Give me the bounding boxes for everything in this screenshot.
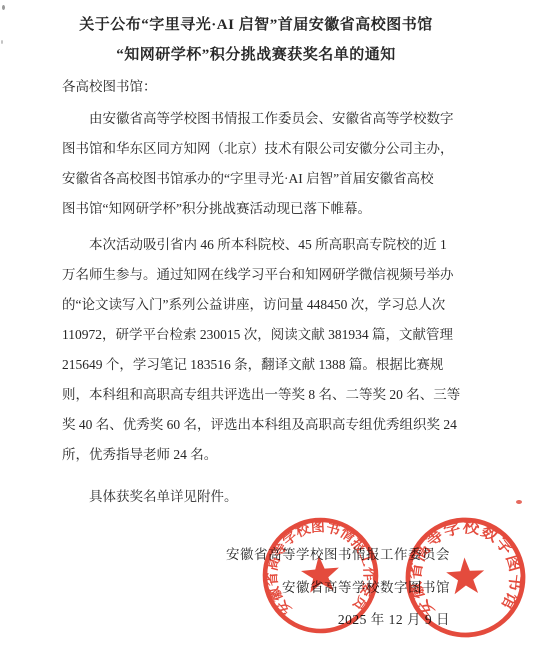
- body-line: 安徽省各高校图书馆承办的“字里寻光·AI 启智”首届安徽省高校: [62, 164, 454, 194]
- body-line: 本次活动吸引省内 46 所本科院校、45 所高职高专院校的近 1: [62, 230, 460, 260]
- paragraph-attachment-note: 具体获奖名单详见附件。: [62, 482, 238, 512]
- star-icon: [300, 554, 341, 593]
- scan-artifact: [2, 5, 5, 10]
- body-line: 具体获奖名单详见附件。: [62, 482, 238, 512]
- scan-artifact: [1, 40, 3, 44]
- title-line-1: 关于公布“字里寻光·AI 启智”首届安徽省高校图书馆: [62, 10, 450, 40]
- digital-library-official-seal: 安徽省高等学校数字图书馆: [401, 513, 530, 642]
- title-line-2: “知网研学杯”积分挑战赛获奖名单的通知: [62, 40, 450, 70]
- body-line: 图书馆和华东区同方知网（北京）技术有限公司安徽分公司主办，: [62, 134, 454, 164]
- salutation: 各高校图书馆：: [62, 72, 157, 102]
- scan-artifact-red-ink: [516, 500, 522, 504]
- body-line: 所，优秀指导老师 24 名。: [62, 440, 460, 470]
- star-icon: [445, 557, 485, 595]
- body-line: 的“论文读写入门”系列公益讲座，访问量 448450 次，学习总人次: [62, 290, 460, 320]
- body-line: 则，本科组和高职高专组共评选出一等奖 8 名、二等奖 20 名、三等: [62, 380, 460, 410]
- paragraph-organizers: 由安徽省高等学校图书情报工作委员会、安徽省高等学校数字 图书馆和华东区同方知网（…: [62, 104, 454, 224]
- body-line: 215649 个，学习笔记 183516 条，翻译文献 1388 篇。根据比赛规: [62, 350, 460, 380]
- body-line: 奖 40 名、优秀奖 60 名，评选出本科组及高职高专组优秀组织奖 24: [62, 410, 460, 440]
- body-line: 由安徽省高等学校图书情报工作委员会、安徽省高等学校数字: [62, 104, 454, 134]
- notice-document-page: 关于公布“字里寻光·AI 启智”首届安徽省高校图书馆 “知网研学杯”积分挑战赛获…: [0, 0, 557, 650]
- document-title: 关于公布“字里寻光·AI 启智”首届安徽省高校图书馆 “知网研学杯”积分挑战赛获…: [62, 10, 450, 70]
- paragraph-statistics: 本次活动吸引省内 46 所本科院校、45 所高职高专院校的近 1 万名师生参与。…: [62, 230, 460, 470]
- committee-official-seal: 安徽省高等学校图书情报工作委员会: [256, 511, 385, 640]
- body-line: 110972，研学平台检索 230015 次，阅读文献 381934 篇，文献管…: [62, 320, 460, 350]
- body-line: 图书馆“知网研学杯”积分挑战赛活动现已落下帷幕。: [62, 194, 454, 224]
- body-line: 万名师生参与。通过知网在线学习平台和知网研学微信视频号举办: [62, 260, 460, 290]
